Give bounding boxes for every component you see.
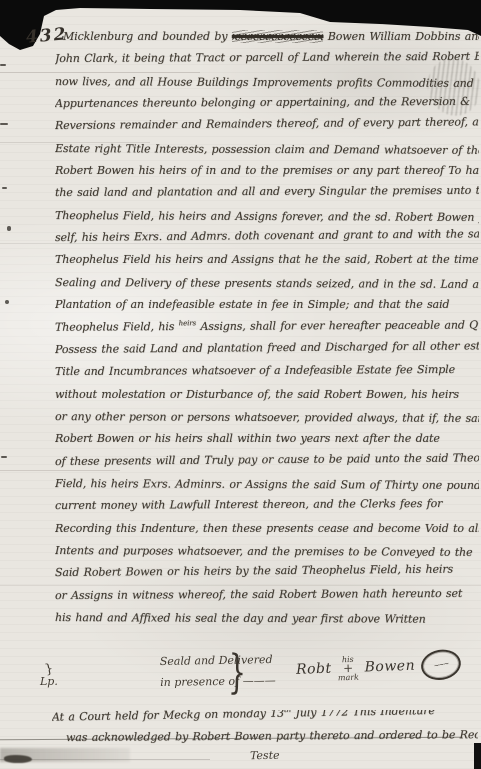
clerk-margin-mark: } Lp. [40,664,58,688]
signature-first-name: Robt [296,661,332,678]
ink-speck [0,123,8,125]
manuscript-line: Theophelus Field his heirs and Assigns t… [55,253,479,275]
scanned-page: 432 Micklenburg and bounded by xxxxxxxxx… [0,0,481,769]
manuscript-line: or any other person or persons whatsoeve… [55,410,479,434]
manuscript-line: Estate right Title Interests, possession… [55,142,479,166]
mark-label: mark [338,672,359,682]
margin-mark-label: Lp. [40,676,58,688]
manuscript-line: current money with Lawfull Interest ther… [55,497,479,522]
manuscript-line: Robert Bowen his heirs of in and to the … [55,164,479,186]
manuscript-line: his hand and Affixed his seal the day an… [55,611,479,633]
court-acknowledgment: At a Court held for Meckg on monday 13th… [52,710,478,752]
in-presence-of-label: in presence of ——— [160,670,276,693]
manuscript-line: Sealing and Delivery of these presents s… [55,276,479,300]
deed-text: Micklenburg and bounded by xxxxxxxxxxxxx… [55,30,479,633]
manuscript-line: the said land and plantation and all and… [55,184,479,209]
signature-robert-bowen: Robt his + mark Bowen ~~~ [296,649,462,685]
teste-label: Teste [250,749,280,763]
ink-speck [5,300,9,304]
ink-speck [1,456,7,458]
manuscript-line: or Assigns in witness whereof, the said … [55,586,479,611]
manuscript-line: Micklenburg and bounded by xxxxxxxxxxxxx… [63,30,479,52]
manuscript-line: Title and Incumbrances whatsoever of a I… [55,363,479,388]
manuscript-line: of these presents will and Truly pay or … [55,451,479,477]
signature-mark-column: his + mark [337,654,359,682]
manuscript-line: John Clark, it being that Tract or parce… [55,50,479,75]
sealed-delivered-label: Seald and Delivered [160,649,276,672]
scan-streak [0,759,210,760]
manuscript-line: Possess the said Land and plantation fre… [55,339,479,365]
ink-speck [2,187,7,189]
margin-brace: } [44,663,55,676]
ink-speck [7,226,11,231]
manuscript-line: without molestation or Disturbance of, t… [55,388,479,410]
mark-cross-icon: + [343,663,353,672]
manuscript-line: Said Robert Bowen or his heirs by the sa… [55,563,479,589]
seal-squiggle: ~~~ [433,660,449,670]
closing-brace: } [228,644,247,699]
manuscript-line: Reversions remainder and Remainders ther… [55,116,479,142]
manuscript-line: Recording this Indenture, then these pre… [55,522,479,544]
attestation-block: Seald and Delivered in presence of ——— [160,649,276,693]
signature-last-name: Bowen [364,658,415,676]
ink-speck [0,64,6,66]
seal-icon: ~~~ [419,647,464,683]
manuscript-line: self, his heirs Exrs. and Admrs. doth co… [55,227,479,253]
